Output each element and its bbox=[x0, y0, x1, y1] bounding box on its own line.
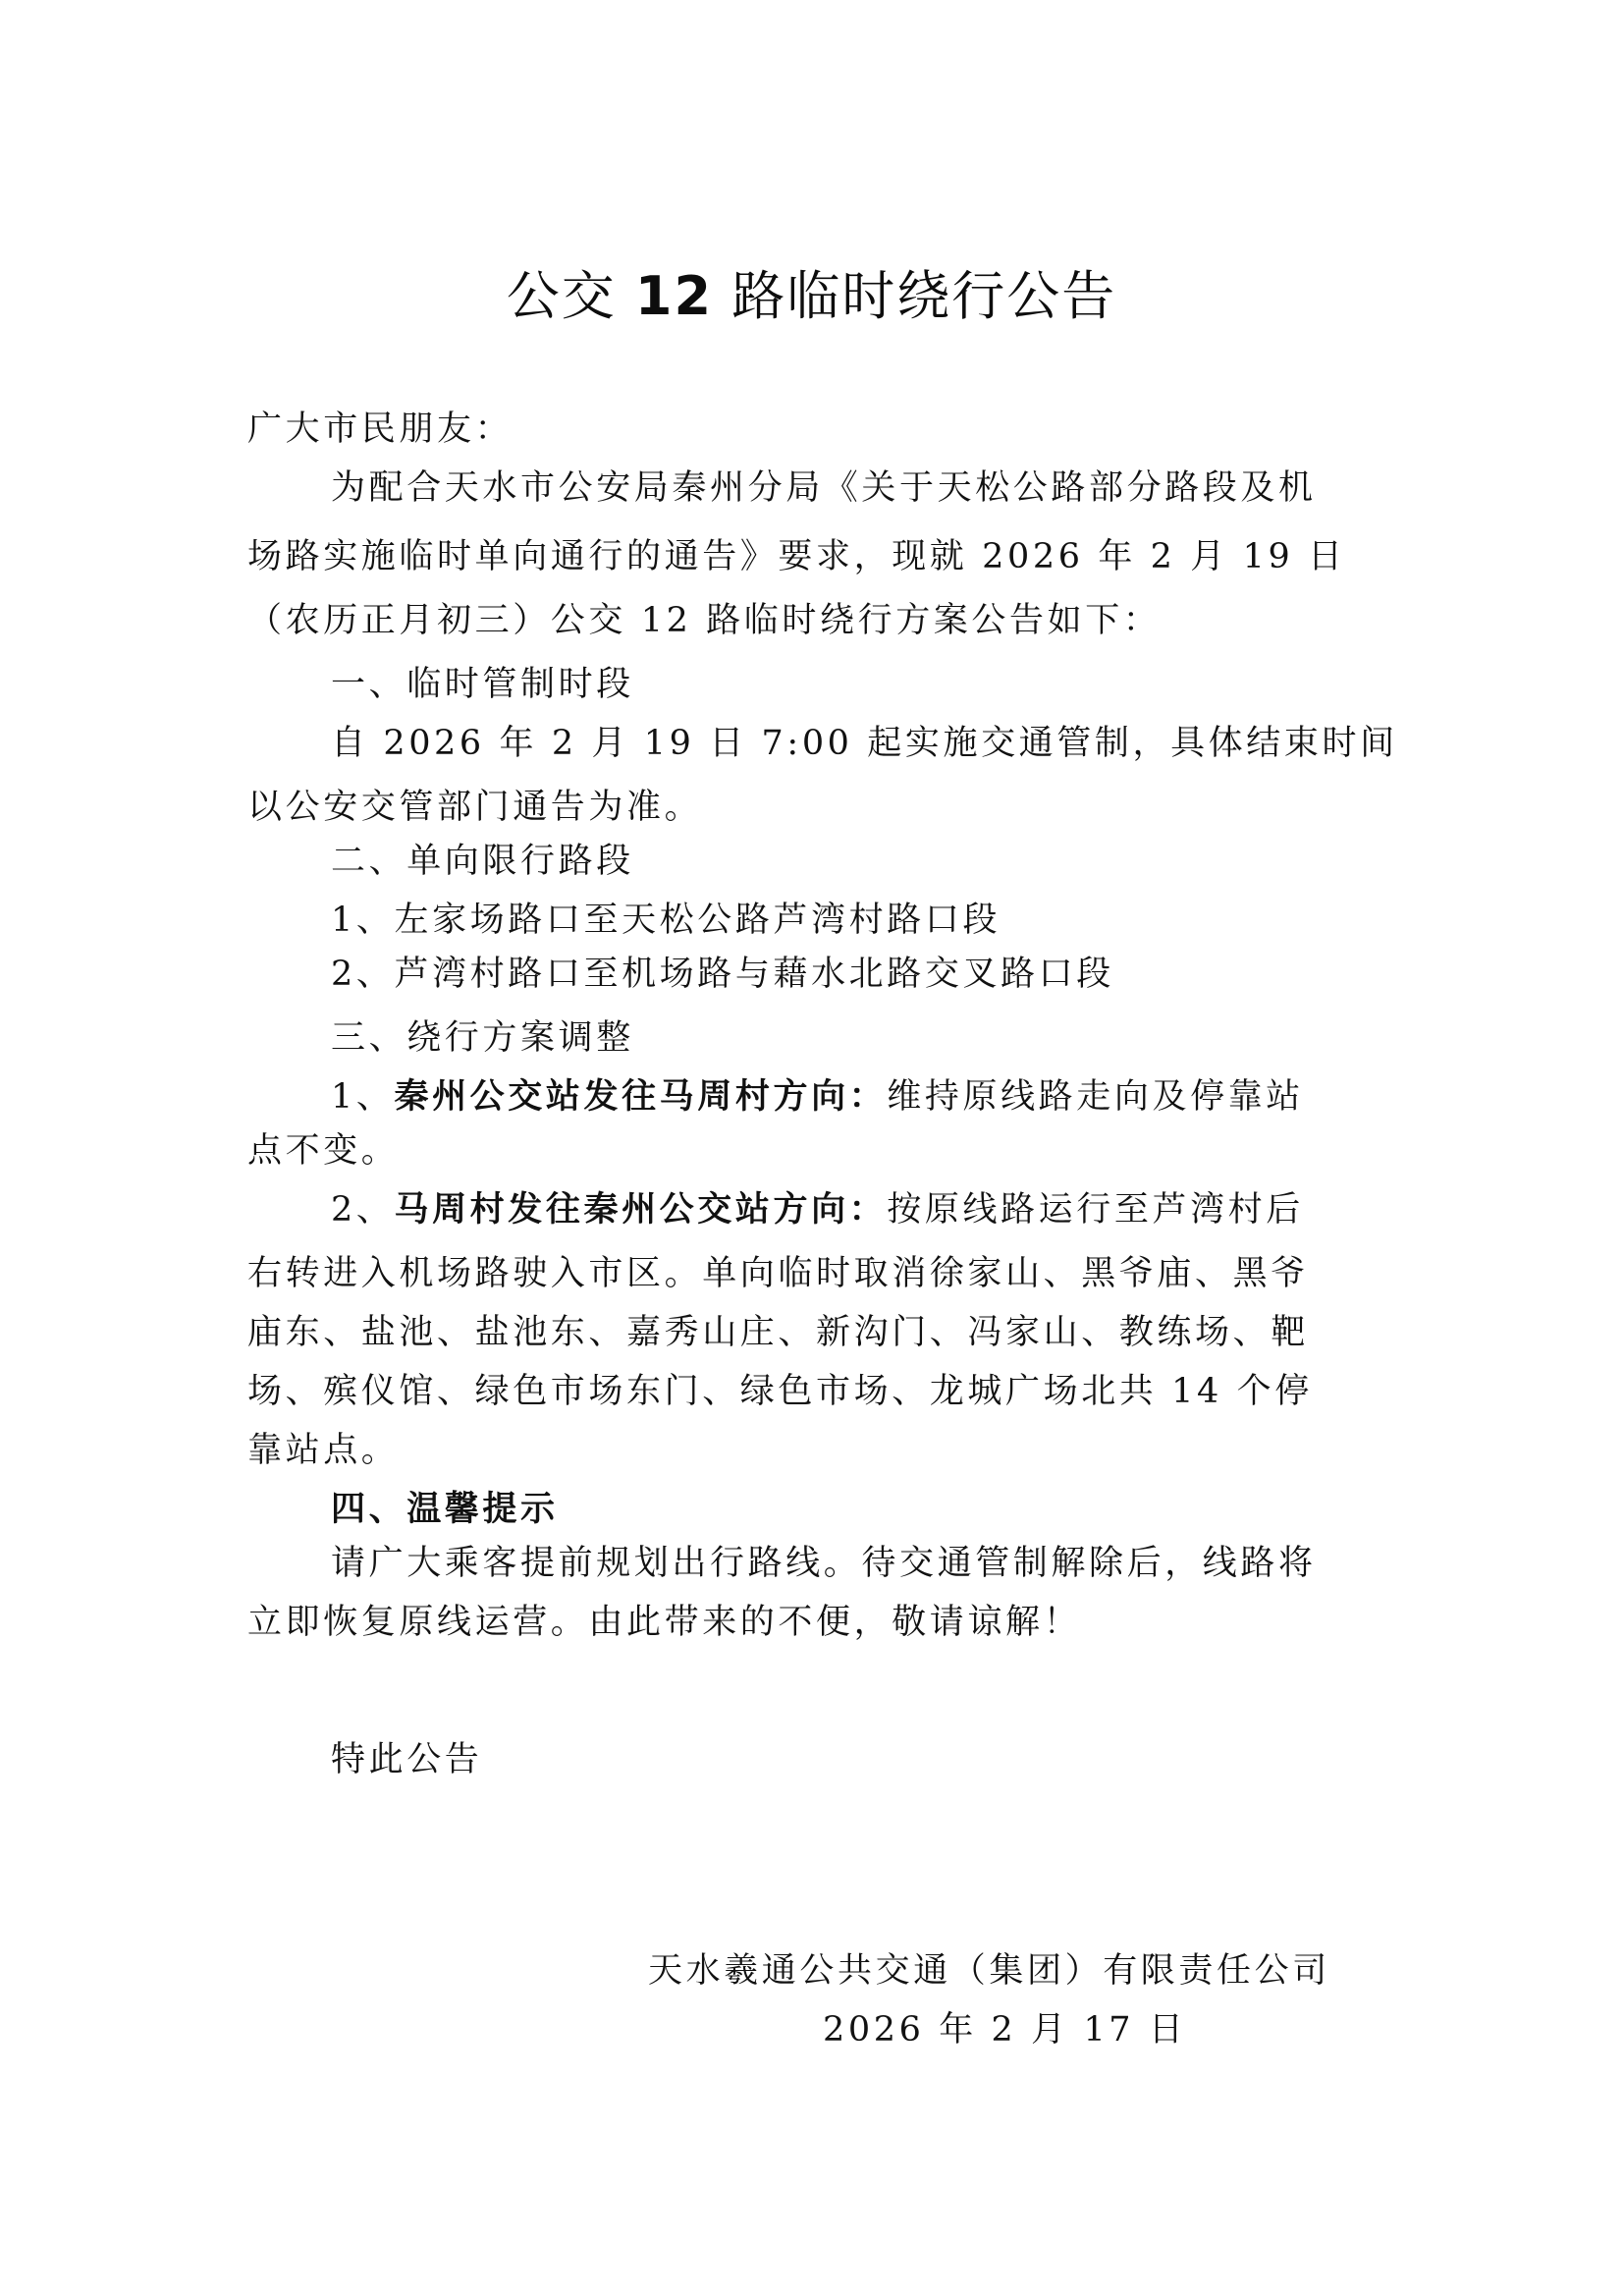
section-3-heading: 三、绕行方案调整 bbox=[331, 1016, 1470, 1060]
section-4-line-1: 请广大乘客提前规划出行路线。待交通管制解除后，线路将 bbox=[331, 1542, 1470, 1585]
section-3-item-1-line-2: 点不变。 bbox=[247, 1129, 1386, 1173]
section-2-line-1: 1、左家场路口至天松公路芦湾村路口段 bbox=[331, 899, 1470, 942]
section-2-heading: 二、单向限行路段 bbox=[331, 840, 1470, 883]
title-route-number: 12 bbox=[635, 265, 713, 327]
item-number: 1、 bbox=[331, 1077, 394, 1117]
salutation: 广大市民朋友： bbox=[247, 408, 1386, 451]
title-suffix: 路临时绕行公告 bbox=[731, 265, 1116, 327]
closing-remark: 特此公告 bbox=[331, 1738, 1470, 1781]
document-page: 公交 12 路临时绕行公告 广大市民朋友： 为配合天水市公安局秦州分局《关于天松… bbox=[0, 0, 1623, 2296]
intro-line-2: 场路实施临时单向通行的通告》要求，现就 2026 年 2 月 19 日 bbox=[247, 535, 1386, 578]
item-text: 维持原线路走向及停靠站 bbox=[887, 1077, 1304, 1117]
section-1-heading: 一、临时管制时段 bbox=[331, 663, 1470, 706]
title-prefix: 公交 bbox=[507, 265, 617, 327]
document-title: 公交 12 路临时绕行公告 bbox=[0, 257, 1623, 336]
section-3-item-1: 1、秦州公交站发往马周村方向：维持原线路走向及停靠站 bbox=[331, 1075, 1470, 1119]
section-4-heading: 四、温馨提示 bbox=[331, 1488, 1470, 1531]
item-text: 按原线路运行至芦湾村后 bbox=[887, 1190, 1304, 1230]
section-1-line-1: 自 2026 年 2 月 19 日 7:00 起实施交通管制，具体结束时间 bbox=[331, 722, 1470, 765]
item-number: 2、 bbox=[331, 1190, 394, 1230]
signature-organization: 天水羲通公共交通（集团）有限责任公司 bbox=[648, 1949, 1330, 1993]
signature-date: 2026 年 2 月 17 日 bbox=[823, 2008, 1187, 2051]
item-direction-label: 马周村发往秦州公交站方向： bbox=[394, 1189, 887, 1230]
intro-line-3: （农历正月初三）公交 12 路临时绕行方案公告如下： bbox=[247, 599, 1386, 642]
item-direction-label: 秦州公交站发往马周村方向： bbox=[394, 1076, 887, 1117]
section-1-line-2: 以公安交管部门通告为准。 bbox=[247, 786, 1386, 829]
section-3-item-2-line-2: 右转进入机场路驶入市区。单向临时取消徐家山、黑爷庙、黑爷 bbox=[247, 1252, 1386, 1295]
section-2-line-2: 2、芦湾村路口至机场路与藉水北路交叉路口段 bbox=[331, 953, 1470, 996]
section-3-item-2-line-4: 场、殡仪馆、绿色市场东门、绿色市场、龙城广场北共 14 个停 bbox=[247, 1370, 1386, 1413]
section-3-item-2: 2、马周村发往秦州公交站方向：按原线路运行至芦湾村后 bbox=[331, 1188, 1470, 1231]
section-4-line-2: 立即恢复原线运营。由此带来的不便，敬请谅解！ bbox=[247, 1601, 1386, 1644]
section-3-item-2-line-5: 靠站点。 bbox=[247, 1429, 1386, 1472]
intro-line-1: 为配合天水市公安局秦州分局《关于天松公路部分路段及机 bbox=[331, 466, 1470, 510]
section-3-item-2-line-3: 庙东、盐池、盐池东、嘉秀山庄、新沟门、冯家山、教练场、靶 bbox=[247, 1311, 1386, 1354]
